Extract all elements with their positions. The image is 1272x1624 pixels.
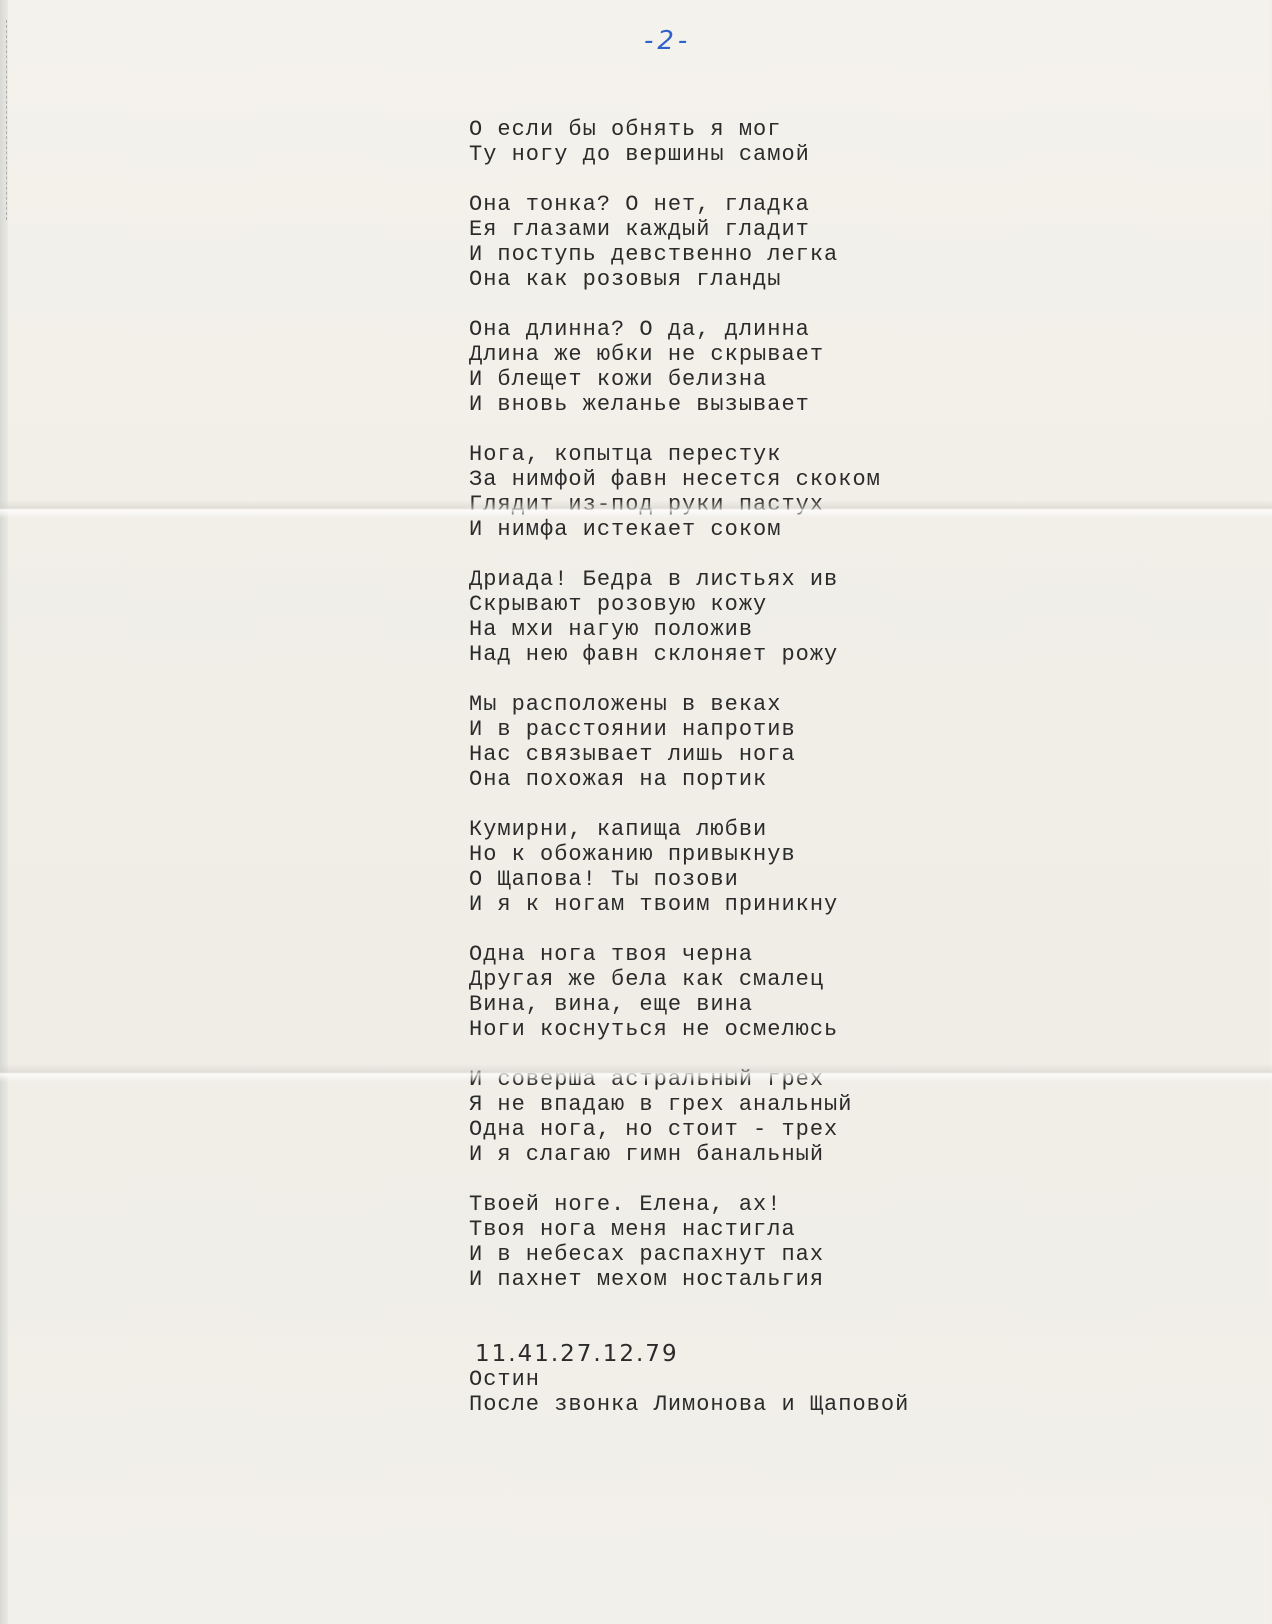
poem-line: О если бы обнять я мог [469,117,881,142]
poem-line: И в небесах распахнут пах [469,1242,881,1267]
stanza: Твоей ноге. Елена, ах!Твоя нога меня нас… [469,1192,881,1292]
poem-line: На мхи нагую положив [469,617,881,642]
poem-line: Дриада! Бедра в листьях ив [469,567,881,592]
poem-line: Нога, копытца перестук [469,442,881,467]
poem-line: И я к ногам твоим приникну [469,892,881,917]
poem-line: И поступь девственно легка [469,242,881,267]
poem-line: Твоя нога меня настигла [469,1217,881,1242]
poem-author: Остин [469,1367,909,1392]
paper-left-edge [0,0,8,1624]
poem-line: Она длинна? О да, длинна [469,317,881,342]
poem-line: Она как розовыя гланды [469,267,881,292]
stanza: Кумирни, капища любвиНо к обожанию привы… [469,817,881,917]
signature-block: 11.41.27.12.79 Остин После звонка Лимоно… [469,1342,909,1417]
poem-line: Другая же бела как смалец [469,967,881,992]
poem-line: Но к обожанию привыкнув [469,842,881,867]
poem-line: Скрывают розовую кожу [469,592,881,617]
poem-line: Одна нога, но стоит - трех [469,1117,881,1142]
stanza: Дриада! Бедра в листьях ивСкрывают розов… [469,567,881,667]
poem-line: И пахнет мехом ностальгия [469,1267,881,1292]
poem-line: И блещет кожи белизна [469,367,881,392]
poem-line: Я не впадаю в грех анальный [469,1092,881,1117]
stanza: И соверша астральный грехЯ не впадаю в г… [469,1067,881,1167]
poem-line: За нимфой фавн несется скоком [469,467,881,492]
poem-line: Она похожая на портик [469,767,881,792]
poem-line: Она тонка? О нет, гладка [469,192,881,217]
poem-line: Над нею фавн склоняет рожу [469,642,881,667]
poem-line: Нас связывает лишь нога [469,742,881,767]
poem-line: Длина же юбки не скрывает [469,342,881,367]
poem-note: После звонка Лимонова и Щаповой [469,1392,909,1417]
poem-line: И я слагаю гимн банальный [469,1142,881,1167]
stanza: Она тонка? О нет, гладкаЕя глазами кажды… [469,192,881,292]
poem-body: О если бы обнять я могТу ногу до вершины… [469,117,881,1317]
typewritten-page: -2- О если бы обнять я могТу ногу до вер… [8,0,1270,1624]
poem-line: Ту ногу до вершины самой [469,142,881,167]
poem-line: Вина, вина, еще вина [469,992,881,1017]
poem-line: И вновь желанье вызывает [469,392,881,417]
stanza: Мы расположены в векахИ в расстоянии нап… [469,692,881,792]
stanza: Одна нога твоя чернаДругая же бела как с… [469,942,881,1042]
poem-line: Кумирни, капища любви [469,817,881,842]
poem-line: И в расстоянии напротив [469,717,881,742]
poem-line: Ея глазами каждый гладит [469,217,881,242]
poem-line: Ноги коснуться не осмелюсь [469,1017,881,1042]
page-number: -2- [644,26,691,56]
paper-fold-line [0,500,1272,518]
poem-date: 11.41.27.12.79 [469,1342,909,1367]
poem-line: О Щапова! Ты позови [469,867,881,892]
poem-line: И нимфа истекает соком [469,517,881,542]
stanza: Она длинна? О да, длиннаДлина же юбки не… [469,317,881,417]
poem-line: Твоей ноге. Елена, ах! [469,1192,881,1217]
stanza: О если бы обнять я могТу ногу до вершины… [469,117,881,167]
paper-fold-line [0,1064,1272,1082]
poem-line: Одна нога твоя черна [469,942,881,967]
poem-line: Мы расположены в веках [469,692,881,717]
stanza: Нога, копытца перестукЗа нимфой фавн нес… [469,442,881,542]
